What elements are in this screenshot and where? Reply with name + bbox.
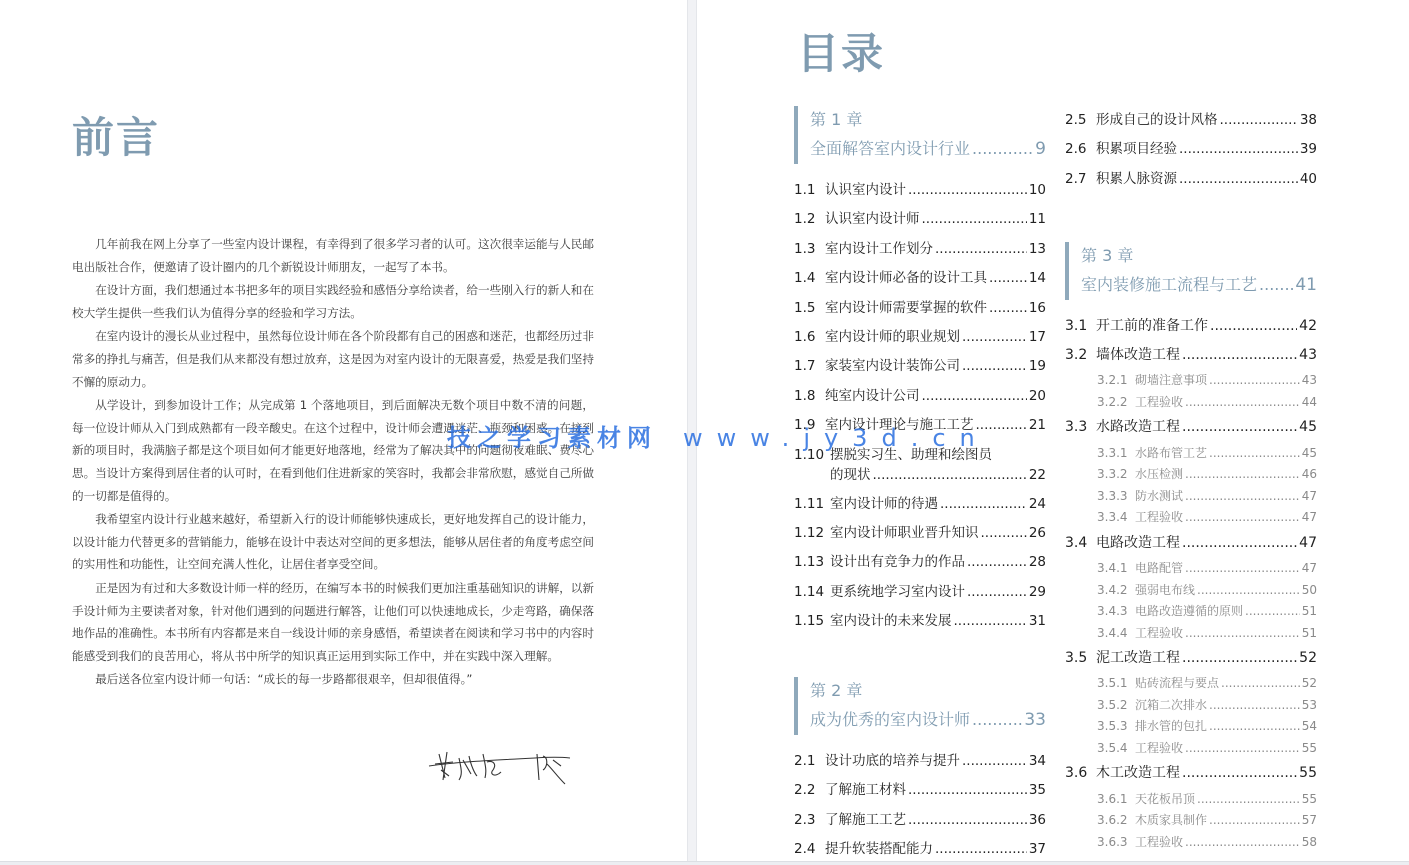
entry-number: 1.12 xyxy=(794,519,830,548)
toc-entry[interactable]: 1.8纯室内设计公司20 xyxy=(794,382,1046,411)
subentry-page: 57 xyxy=(1302,810,1317,832)
subentry-number: 3.2.2 xyxy=(1097,392,1135,414)
toc-chapter-2[interactable]: 第 2 章 成为优秀的室内设计师33 xyxy=(794,677,1046,735)
chapter-title: 室内装修施工流程与工艺 xyxy=(1081,270,1257,300)
signature-image xyxy=(425,740,585,790)
toc-column-2: 2.5形成自己的设计风格38 2.6积累项目经验39 2.7积累人脉资源40 第… xyxy=(1065,106,1317,853)
entry-page: 14 xyxy=(1029,264,1046,293)
toc-column-1: 第 1 章 全面解答室内设计行业9 1.1认识室内设计10 1.2认识室内设计师… xyxy=(794,106,1046,864)
entry-label: 墙体改造工程 xyxy=(1096,341,1180,370)
toc-entry[interactable]: 2.6积累项目经验39 xyxy=(1065,135,1317,164)
toc-subentry[interactable]: 3.6.1天花板吊顶55 xyxy=(1065,789,1317,811)
toc-subentry[interactable]: 3.5.2沉箱二次排水53 xyxy=(1065,695,1317,717)
entry-number: 1.2 xyxy=(794,205,825,234)
toc-entry[interactable]: 3.2墙体改造工程43 xyxy=(1065,341,1317,370)
entry-label: 木工改造工程 xyxy=(1096,759,1180,788)
toc-entry[interactable]: 3.5泥工改造工程52 xyxy=(1065,644,1317,673)
toc-subentry[interactable]: 3.3.2水压检测46 xyxy=(1065,464,1317,486)
toc-title: 目录 xyxy=(797,28,885,80)
subentry-page: 54 xyxy=(1302,716,1317,738)
subentry-number: 3.4.3 xyxy=(1097,601,1135,623)
entry-page: 34 xyxy=(1029,747,1046,776)
entry-number: 3.3 xyxy=(1065,413,1096,442)
entry-label: 了解施工工艺 xyxy=(825,806,906,835)
toc-subentry[interactable]: 3.2.1砌墙注意事项43 xyxy=(1065,370,1317,392)
preface-paragraph: 从学设计，到参加设计工作；从完成第 1 个落地项目，到后面解决无数个项目中数不清… xyxy=(72,394,594,507)
chapter-page: 33 xyxy=(1024,705,1046,735)
subentry-label: 工程验收 xyxy=(1135,738,1183,760)
toc-subentry[interactable]: 3.2.2工程验收44 xyxy=(1065,392,1317,414)
toc-entry[interactable]: 1.6室内设计师的职业规划17 xyxy=(794,323,1046,352)
entry-label-continued: 的现状 xyxy=(830,465,871,485)
chapter-page: 9 xyxy=(1035,134,1046,164)
subentry-label: 防水测试 xyxy=(1135,486,1183,508)
subentry-label: 木质家具制作 xyxy=(1135,810,1207,832)
toc-entry[interactable]: 1.7家装室内设计装饰公司19 xyxy=(794,352,1046,381)
entry-page: 28 xyxy=(1029,548,1046,577)
entry-number: 1.9 xyxy=(794,411,825,440)
toc-entry[interactable]: 2.7积累人脉资源40 xyxy=(1065,165,1317,194)
entry-label: 摆脱实习生、助理和绘图员 xyxy=(830,445,992,465)
subentry-number: 3.5.3 xyxy=(1097,716,1135,738)
toc-entry[interactable]: 1.2认识室内设计师11 xyxy=(794,205,1046,234)
subentry-label: 电路改造遵循的原则 xyxy=(1135,601,1243,623)
toc-subentry[interactable]: 3.4.2强弱电布线50 xyxy=(1065,580,1317,602)
entry-page: 45 xyxy=(1299,413,1317,442)
entry-label: 室内设计工作划分 xyxy=(825,235,933,264)
entry-page: 37 xyxy=(1029,835,1046,864)
entry-number: 1.6 xyxy=(794,323,825,352)
subentry-page: 47 xyxy=(1302,486,1317,508)
entry-number: 2.3 xyxy=(794,806,825,835)
chapter-title: 全面解答室内设计行业 xyxy=(810,134,970,164)
toc-chapter-1[interactable]: 第 1 章 全面解答室内设计行业9 xyxy=(794,106,1046,164)
preface-paragraph: 最后送各位室内设计师一句话：“成长的每一步路都很艰辛，但却很值得。” xyxy=(72,668,594,691)
toc-entry[interactable]: 2.5形成自己的设计风格38 xyxy=(1065,106,1317,135)
subentry-page: 58 xyxy=(1302,832,1317,854)
entry-number: 1.14 xyxy=(794,578,830,607)
entry-number: 2.7 xyxy=(1065,165,1096,194)
subentry-label: 电路配管 xyxy=(1135,558,1183,580)
subentry-number: 3.5.2 xyxy=(1097,695,1135,717)
entry-page: 52 xyxy=(1299,644,1317,673)
subentry-label: 天花板吊顶 xyxy=(1135,789,1195,811)
entry-label: 家装室内设计装饰公司 xyxy=(825,352,960,381)
entry-number: 1.13 xyxy=(794,548,830,577)
entry-page: 55 xyxy=(1299,759,1317,788)
entry-page: 38 xyxy=(1300,106,1317,135)
toc-subentry[interactable]: 3.4.1电路配管47 xyxy=(1065,558,1317,580)
entry-page: 29 xyxy=(1029,578,1046,607)
toc-entry[interactable]: 1.11室内设计师的待遇24 xyxy=(794,490,1046,519)
entry-label: 设计出有竞争力的作品 xyxy=(830,548,965,577)
entry-label: 设计功底的培养与提升 xyxy=(825,747,960,776)
entry-label: 室内设计师职业晋升知识 xyxy=(830,519,979,548)
toc-entry[interactable]: 1.10摆脱实习生、助理和绘图员 的现状22 xyxy=(794,441,1046,490)
toc-entry[interactable]: 3.4电路改造工程47 xyxy=(1065,529,1317,558)
subentry-page: 44 xyxy=(1302,392,1317,414)
subentry-label: 强弱电布线 xyxy=(1135,580,1195,602)
toc-subentry[interactable]: 3.6.2木质家具制作57 xyxy=(1065,810,1317,832)
entry-label: 纯室内设计公司 xyxy=(825,382,920,411)
entry-page: 24 xyxy=(1029,490,1046,519)
preface-paragraph: 几年前我在网上分享了一些室内设计课程，有幸得到了很多学习者的认可。这次很幸运能与… xyxy=(72,233,594,278)
subentry-page: 53 xyxy=(1302,695,1317,717)
entry-label: 室内设计师必备的设计工具 xyxy=(825,264,987,293)
entry-label: 泥工改造工程 xyxy=(1096,644,1180,673)
page-gutter xyxy=(687,0,697,861)
entry-page: 43 xyxy=(1299,341,1317,370)
subentry-label: 排水管的包扎 xyxy=(1135,716,1207,738)
entry-page: 47 xyxy=(1299,529,1317,558)
subentry-number: 3.3.2 xyxy=(1097,464,1135,486)
entry-label: 室内设计理论与施工工艺 xyxy=(825,411,974,440)
subentry-number: 3.3.3 xyxy=(1097,486,1135,508)
entry-page: 31 xyxy=(1029,607,1046,636)
entry-number: 3.5 xyxy=(1065,644,1096,673)
entry-number: 1.3 xyxy=(794,235,825,264)
toc-subentry[interactable]: 3.4.4工程验收51 xyxy=(1065,623,1317,645)
entry-label: 提升软装搭配能力 xyxy=(825,835,933,864)
entry-page: 11 xyxy=(1029,205,1046,234)
entry-label: 了解施工材料 xyxy=(825,776,906,805)
toc-entry[interactable]: 2.2了解施工材料35 xyxy=(794,776,1046,805)
toc-entry[interactable]: 3.6木工改造工程55 xyxy=(1065,759,1317,788)
entry-label: 更系统地学习室内设计 xyxy=(830,578,965,607)
entry-label: 形成自己的设计风格 xyxy=(1096,106,1218,135)
subentry-page: 55 xyxy=(1302,738,1317,760)
entry-label: 室内设计师的待遇 xyxy=(830,490,938,519)
toc-entry[interactable]: 1.13设计出有竞争力的作品28 xyxy=(794,548,1046,577)
subentry-number: 3.5.1 xyxy=(1097,673,1135,695)
chapter-number: 第 2 章 xyxy=(810,677,1046,705)
subentry-page: 47 xyxy=(1302,507,1317,529)
entry-label: 电路改造工程 xyxy=(1096,529,1180,558)
subentry-page: 51 xyxy=(1302,623,1317,645)
toc-entry[interactable]: 3.3水路改造工程45 xyxy=(1065,413,1317,442)
subentry-number: 3.6.3 xyxy=(1097,832,1135,854)
subentry-label: 水路布管工艺 xyxy=(1135,443,1207,465)
entry-label: 室内设计师需要掌握的软件 xyxy=(825,294,987,323)
subentry-number: 3.6.2 xyxy=(1097,810,1135,832)
entry-number: 2.5 xyxy=(1065,106,1096,135)
entry-label: 室内设计的未来发展 xyxy=(830,607,952,636)
toc-entry[interactable]: 1.5室内设计师需要掌握的软件16 xyxy=(794,294,1046,323)
entry-page: 17 xyxy=(1029,323,1046,352)
entry-number: 3.1 xyxy=(1065,312,1096,341)
toc-entry[interactable]: 1.1认识室内设计10 xyxy=(794,176,1046,205)
entry-page: 16 xyxy=(1029,294,1046,323)
subentry-number: 3.4.4 xyxy=(1097,623,1135,645)
preface-paragraph: 在室内设计的漫长从业过程中，虽然每位设计师在各个阶段都有自己的困惑和迷茫，也都经… xyxy=(72,325,594,393)
subentry-page: 45 xyxy=(1302,443,1317,465)
toc-subentry[interactable]: 3.5.3排水管的包扎54 xyxy=(1065,716,1317,738)
entry-label: 积累项目经验 xyxy=(1096,135,1177,164)
subentry-label: 工程验收 xyxy=(1135,623,1183,645)
entry-number: 1.11 xyxy=(794,490,830,519)
chapter-number: 第 1 章 xyxy=(810,106,1046,134)
subentry-number: 3.4.1 xyxy=(1097,558,1135,580)
subentry-page: 51 xyxy=(1302,601,1317,623)
entry-page: 36 xyxy=(1029,806,1046,835)
subentry-label: 贴砖流程与要点 xyxy=(1135,673,1219,695)
subentry-number: 3.4.2 xyxy=(1097,580,1135,602)
preface-paragraph: 正是因为有过和大多数设计师一样的经历，在编写本书的时候我们更加注重基础知识的讲解… xyxy=(72,577,594,667)
toc-entry[interactable]: 2.1设计功底的培养与提升34 xyxy=(794,747,1046,776)
subentry-label: 水压检测 xyxy=(1135,464,1183,486)
toc-subentry[interactable]: 3.6.3工程验收58 xyxy=(1065,832,1317,854)
entry-label: 认识室内设计 xyxy=(825,176,906,205)
entry-number: 2.6 xyxy=(1065,135,1096,164)
entry-page: 13 xyxy=(1029,235,1046,264)
toc-entry[interactable]: 2.3了解施工工艺36 xyxy=(794,806,1046,835)
subentry-label: 工程验收 xyxy=(1135,507,1183,529)
entry-number: 1.15 xyxy=(794,607,830,636)
chapter-page: 41 xyxy=(1295,270,1317,300)
entry-number: 2.1 xyxy=(794,747,825,776)
subentry-number: 3.2.1 xyxy=(1097,370,1135,392)
entry-number: 2.4 xyxy=(794,835,825,864)
entry-number: 1.8 xyxy=(794,382,825,411)
subentry-number: 3.6.1 xyxy=(1097,789,1135,811)
toc-subentry[interactable]: 3.3.1水路布管工艺45 xyxy=(1065,443,1317,465)
subentry-page: 52 xyxy=(1302,673,1317,695)
toc-entry[interactable]: 1.12室内设计师职业晋升知识26 xyxy=(794,519,1046,548)
chapter-title: 成为优秀的室内设计师 xyxy=(810,705,970,735)
preface-body: 几年前我在网上分享了一些室内设计课程，有幸得到了很多学习者的认可。这次很幸运能与… xyxy=(72,233,594,692)
entry-page: 26 xyxy=(1029,519,1046,548)
entry-page: 35 xyxy=(1029,776,1046,805)
entry-label: 室内设计师的职业规划 xyxy=(825,323,960,352)
preface-title: 前言 xyxy=(72,112,160,164)
subentry-label: 砌墙注意事项 xyxy=(1135,370,1207,392)
subentry-page: 47 xyxy=(1302,558,1317,580)
subentry-label: 沉箱二次排水 xyxy=(1135,695,1207,717)
subentry-number: 3.3.1 xyxy=(1097,443,1135,465)
preface-paragraph: 我希望室内设计行业越来越好，希望新入行的设计师能够快速成长，更好地发挥自己的设计… xyxy=(72,508,594,576)
viewer-bottom-bar xyxy=(0,861,1409,865)
subentry-page: 55 xyxy=(1302,789,1317,811)
entry-page: 19 xyxy=(1029,352,1046,381)
entry-number: 1.4 xyxy=(794,264,825,293)
entry-page: 20 xyxy=(1029,382,1046,411)
entry-page: 10 xyxy=(1029,176,1046,205)
preface-paragraph: 在设计方面，我们想通过本书把多年的项目实践经验和感悟分享给读者，给一些刚入行的新… xyxy=(72,279,594,324)
entry-page: 22 xyxy=(1029,465,1046,485)
entry-page: 42 xyxy=(1299,312,1317,341)
toc-subentry[interactable]: 3.3.4工程验收47 xyxy=(1065,507,1317,529)
entry-number: 3.4 xyxy=(1065,529,1096,558)
toc-entry[interactable]: 1.15室内设计的未来发展31 xyxy=(794,607,1046,636)
entry-number: 3.6 xyxy=(1065,759,1096,788)
subentry-page: 43 xyxy=(1302,370,1317,392)
chapter-number: 第 3 章 xyxy=(1081,242,1317,270)
entry-number: 1.7 xyxy=(794,352,825,381)
entry-number: 1.1 xyxy=(794,176,825,205)
subentry-number: 3.5.4 xyxy=(1097,738,1135,760)
subentry-label: 工程验收 xyxy=(1135,832,1183,854)
entry-label: 积累人脉资源 xyxy=(1096,165,1177,194)
toc-subentry[interactable]: 3.3.3防水测试47 xyxy=(1065,486,1317,508)
toc-subentry[interactable]: 3.5.4工程验收55 xyxy=(1065,738,1317,760)
entry-label: 认识室内设计师 xyxy=(825,205,920,234)
subentry-page: 46 xyxy=(1302,464,1317,486)
toc-entry[interactable]: 3.1开工前的准备工作42 xyxy=(1065,312,1317,341)
subentry-number: 3.3.4 xyxy=(1097,507,1135,529)
subentry-label: 工程验收 xyxy=(1135,392,1183,414)
entry-label: 水路改造工程 xyxy=(1096,413,1180,442)
entry-number: 1.10 xyxy=(794,445,830,465)
toc-subentry[interactable]: 3.4.3电路改造遵循的原则51 xyxy=(1065,601,1317,623)
entry-number: 3.2 xyxy=(1065,341,1096,370)
toc-chapter-3[interactable]: 第 3 章 室内装修施工流程与工艺41 xyxy=(1065,242,1317,300)
left-page-preface: 前言 几年前我在网上分享了一些室内设计课程，有幸得到了很多学习者的认可。这次很幸… xyxy=(0,0,687,861)
entry-page: 39 xyxy=(1300,135,1317,164)
entry-number: 1.5 xyxy=(794,294,825,323)
toc-entry[interactable]: 1.9室内设计理论与施工工艺21 xyxy=(794,411,1046,440)
toc-entry[interactable]: 1.4室内设计师必备的设计工具14 xyxy=(794,264,1046,293)
entry-page: 40 xyxy=(1300,165,1317,194)
subentry-page: 50 xyxy=(1302,580,1317,602)
toc-subentry[interactable]: 3.5.1贴砖流程与要点52 xyxy=(1065,673,1317,695)
toc-entry[interactable]: 1.3室内设计工作划分13 xyxy=(794,235,1046,264)
toc-entry[interactable]: 1.14更系统地学习室内设计29 xyxy=(794,578,1046,607)
toc-entry[interactable]: 2.4提升软装搭配能力37 xyxy=(794,835,1046,864)
entry-page: 21 xyxy=(1029,411,1046,440)
entry-number: 2.2 xyxy=(794,776,825,805)
entry-label: 开工前的准备工作 xyxy=(1096,312,1208,341)
